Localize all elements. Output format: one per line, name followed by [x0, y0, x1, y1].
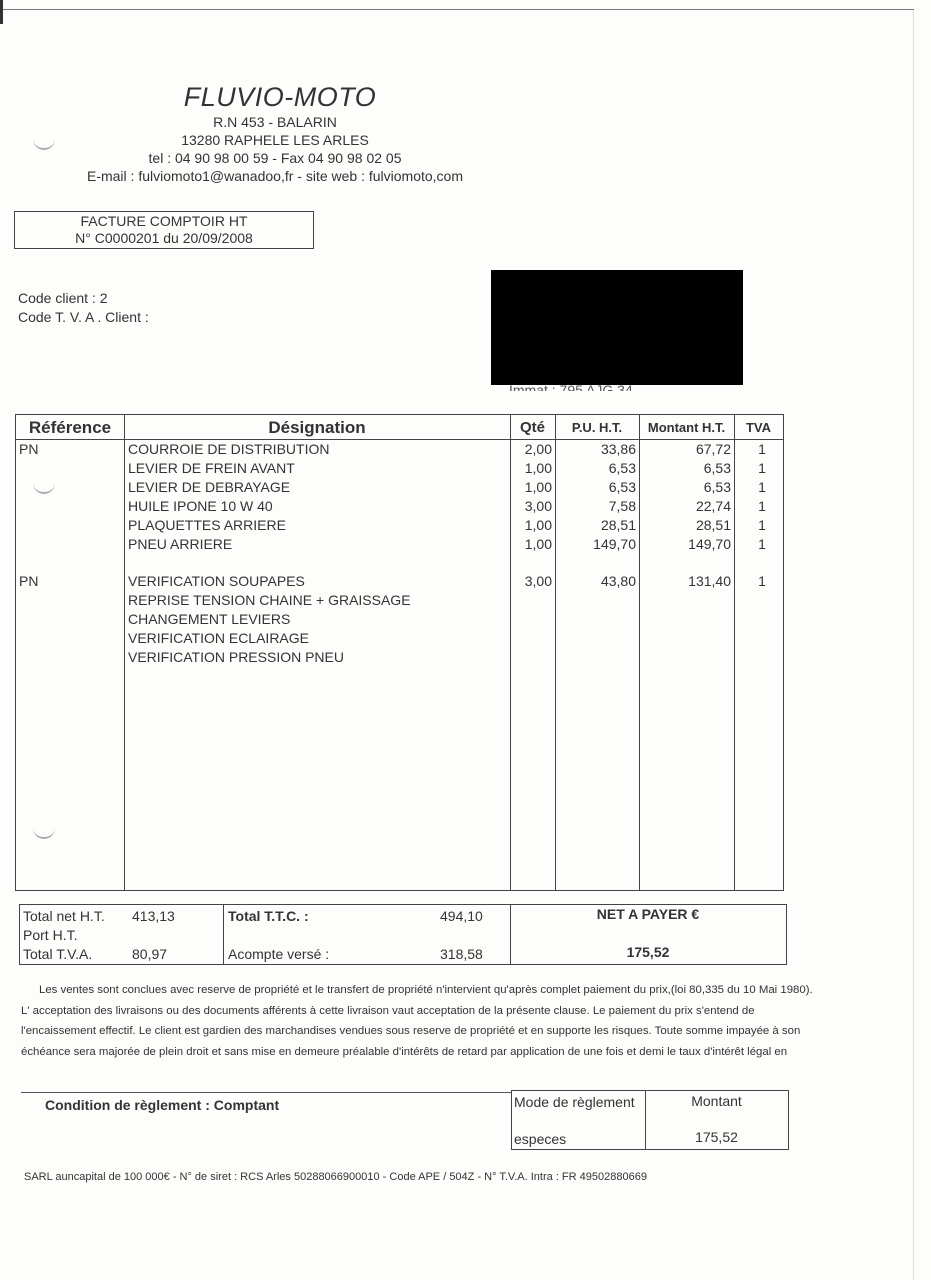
net-to-pay-label: NET A PAYER €	[510, 906, 786, 922]
row-vat: 1	[734, 478, 790, 497]
header-reference: Référence	[16, 415, 124, 439]
table-row: PNEU ARRIERE1,00149,70149,701	[16, 535, 783, 554]
row-vat: 1	[734, 516, 790, 535]
company-header: FLUVIO-MOTO R.N 453 - BALARIN 13280 RAPH…	[40, 82, 510, 185]
table-row: PNCOURROIE DE DISTRIBUTION2,0033,8667,72…	[16, 440, 783, 459]
row-amount: 6,53	[639, 459, 731, 478]
row-quantity: 3,00	[510, 572, 552, 591]
header-amount: Montant H.T.	[639, 415, 734, 439]
row-designation: PLAQUETTES ARRIERE	[128, 516, 286, 535]
invoice-number: N° C0000201 du 20/09/2008	[15, 230, 313, 247]
total-ttc-label: Total T.T.C. :	[228, 908, 309, 924]
table-row: LEVIER DE FREIN AVANT1,006,536,531	[16, 459, 783, 478]
payment-mode-value: especes	[514, 1131, 566, 1147]
invoice-title-box: FACTURE COMPTOIR HT N° C0000201 du 20/09…	[14, 211, 314, 249]
row-amount: 28,51	[639, 516, 731, 535]
row-vat: 1	[734, 459, 790, 478]
payment-condition: Condition de règlement : Comptant	[45, 1097, 279, 1113]
header-designation: Désignation	[124, 415, 510, 439]
row-amount: 22,74	[639, 497, 731, 516]
total-ttc-value: 494,10	[440, 908, 483, 924]
row-reference: PN	[19, 440, 38, 459]
row-designation: VERIFICATION ECLAIRAGE	[128, 629, 309, 648]
company-phone: tel : 04 90 98 00 59 - Fax 04 90 98 02 0…	[40, 149, 510, 167]
row-designation: LEVIER DE DEBRAYAGE	[128, 478, 290, 497]
page-edge	[913, 10, 914, 1280]
total-tva-label: Total T.V.A.	[23, 946, 92, 962]
totals-box: Total net H.T. 413,13 Port H.T. Total T.…	[19, 904, 787, 965]
payment-mode-header: Mode de règlement	[514, 1094, 635, 1110]
page-edge	[2, 9, 914, 10]
table-row: REPRISE TENSION CHAINE + GRAISSAGE	[16, 591, 783, 610]
row-amount: 6,53	[639, 478, 731, 497]
row-designation: VERIFICATION PRESSION PNEU	[128, 648, 344, 667]
total-tva-value: 80,97	[132, 946, 167, 962]
row-amount: 149,70	[639, 535, 731, 554]
row-quantity: 1,00	[510, 459, 552, 478]
row-unit-price: 6,53	[555, 459, 636, 478]
table-row: PLAQUETTES ARRIERE1,0028,5128,511	[16, 516, 783, 535]
row-vat: 1	[734, 440, 790, 459]
terms-line: L' acceptation des livraisons ou des doc…	[21, 1001, 901, 1022]
company-address-2: 13280 RAPHELE LES ARLES	[40, 131, 510, 149]
row-quantity: 2,00	[510, 440, 552, 459]
terms-of-sale: Les ventes sont conclues avec reserve de…	[21, 980, 901, 1062]
header-unit-price: P.U. H.T.	[555, 415, 639, 439]
redacted-address-block	[491, 270, 743, 385]
table-row: VERIFICATION PRESSION PNEU	[16, 648, 783, 667]
row-quantity: 1,00	[510, 535, 552, 554]
terms-line: échéance sera majorée de plein droit et …	[21, 1042, 901, 1063]
payment-amount-header: Montant	[645, 1093, 788, 1109]
payment-table: Mode de règlement Montant especes 175,52	[511, 1090, 789, 1150]
row-designation: LEVIER DE FREIN AVANT	[128, 459, 295, 478]
table-row: LEVIER DE DEBRAYAGE1,006,536,531	[16, 478, 783, 497]
row-unit-price: 149,70	[555, 535, 636, 554]
port-ht-label: Port H.T.	[23, 927, 77, 943]
client-vat-code: Code T. V. A . Client :	[18, 308, 149, 327]
row-amount: 131,40	[639, 572, 731, 591]
row-quantity: 1,00	[510, 478, 552, 497]
payment-amount-value: 175,52	[645, 1129, 788, 1145]
page-edge-mark	[0, 0, 3, 24]
row-quantity: 1,00	[510, 516, 552, 535]
row-unit-price: 33,86	[555, 440, 636, 459]
row-unit-price: 28,51	[555, 516, 636, 535]
company-name: FLUVIO-MOTO	[50, 82, 510, 113]
row-designation: PNEU ARRIERE	[128, 535, 232, 554]
row-vat: 1	[734, 535, 790, 554]
items-table: Référence Désignation Qté P.U. H.T. Mont…	[15, 414, 784, 891]
net-to-pay-value: 175,52	[510, 944, 786, 960]
table-row	[16, 553, 783, 572]
condition-divider	[21, 1092, 511, 1093]
table-row: VERIFICATION ECLAIRAGE	[16, 629, 783, 648]
row-designation: COURROIE DE DISTRIBUTION	[128, 440, 329, 459]
terms-line: l'encaissement effectif. Le client est g…	[21, 1021, 901, 1042]
table-row: PNVERIFICATION SOUPAPES3,0043,80131,401	[16, 572, 783, 591]
row-unit-price: 7,58	[555, 497, 636, 516]
header-quantity: Qté	[510, 415, 555, 439]
row-designation: CHANGEMENT LEVIERS	[128, 610, 290, 629]
total-net-ht-value: 413,13	[132, 908, 175, 924]
row-quantity: 3,00	[510, 497, 552, 516]
totals-divider	[223, 905, 224, 964]
row-unit-price: 6,53	[555, 478, 636, 497]
client-code: Code client : 2	[18, 289, 149, 308]
row-designation: REPRISE TENSION CHAINE + GRAISSAGE	[128, 591, 411, 610]
row-unit-price: 43,80	[555, 572, 636, 591]
row-designation: VERIFICATION SOUPAPES	[128, 572, 305, 591]
row-reference: PN	[19, 572, 38, 591]
table-row: HUILE IPONE 10 W 403,007,5822,741	[16, 497, 783, 516]
deposit-label: Acompte versé :	[228, 946, 329, 962]
row-amount: 67,72	[639, 440, 731, 459]
header-vat: TVA	[734, 415, 783, 439]
row-vat: 1	[734, 572, 790, 591]
invoice-type: FACTURE COMPTOIR HT	[15, 213, 313, 230]
row-designation: HUILE IPONE 10 W 40	[128, 497, 273, 516]
company-address-1: R.N 453 - BALARIN	[40, 113, 510, 131]
client-info: Code client : 2 Code T. V. A . Client :	[18, 289, 149, 327]
terms-line: Les ventes sont conclues avec reserve de…	[21, 980, 901, 1001]
legal-footer: SARL auncapital de 100 000€ - N° de sire…	[24, 1171, 647, 1183]
deposit-value: 318,58	[440, 946, 483, 962]
table-row: CHANGEMENT LEVIERS	[16, 610, 783, 629]
row-vat: 1	[734, 497, 790, 516]
company-email: E-mail : fulviomoto1@wanadoo,fr - site w…	[40, 167, 510, 185]
total-net-ht-label: Total net H.T.	[23, 908, 105, 924]
